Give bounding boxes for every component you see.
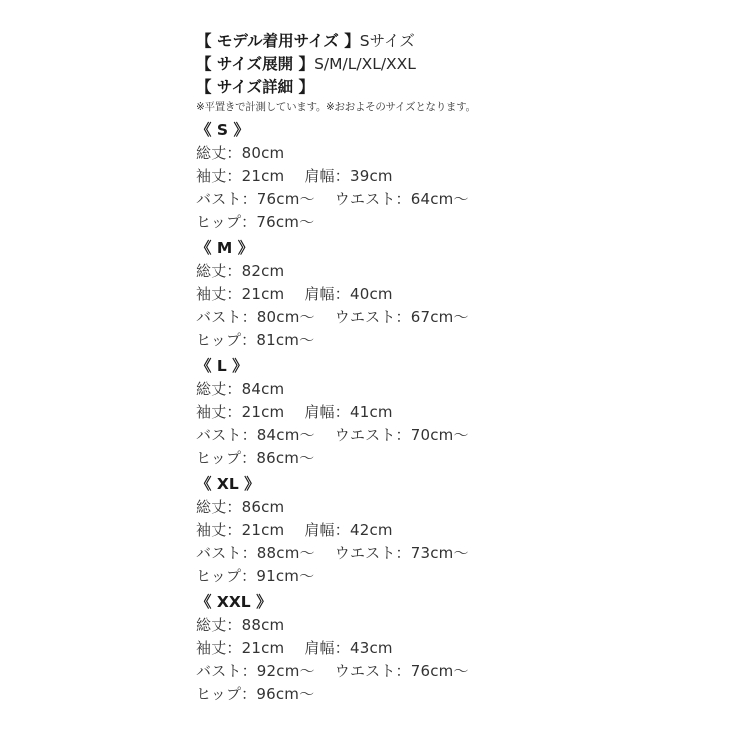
bust-waist-row: バスト：92cm〜ウエスト：76cm〜 <box>196 660 716 683</box>
sleeve-length: 袖丈：21cm <box>196 403 284 421</box>
hip-row: ヒップ：81cm〜 <box>196 329 716 352</box>
hip-row: ヒップ：86cm〜 <box>196 447 716 470</box>
waist: ウエスト：64cm〜 <box>335 190 469 208</box>
shoulder-width: 肩幅：42cm <box>304 521 392 539</box>
shoulder-width: 肩幅：41cm <box>304 403 392 421</box>
size-range-label: 【 サイズ展開 】 <box>196 55 314 73</box>
size-detail-label: 【 サイズ詳細 】 <box>196 78 314 96</box>
total-length-row: 総丈：80cm <box>196 142 716 165</box>
size-block-xxl: 《 XXL 》 総丈：88cm 袖丈：21cm肩幅：43cm バスト：92cm〜… <box>196 591 716 706</box>
hip-row: ヒップ：91cm〜 <box>196 565 716 588</box>
waist: ウエスト：67cm〜 <box>335 308 469 326</box>
sleeve-shoulder-row: 袖丈：21cm肩幅：39cm <box>196 165 716 188</box>
bust: バスト：88cm〜 <box>196 544 315 562</box>
model-size-label: 【 モデル着用サイズ 】 <box>196 32 360 50</box>
size-title: 《 M 》 <box>196 237 716 260</box>
sleeve-shoulder-row: 袖丈：21cm肩幅：41cm <box>196 401 716 424</box>
size-block-xl: 《 XL 》 総丈：86cm 袖丈：21cm肩幅：42cm バスト：88cm〜ウ… <box>196 473 716 588</box>
size-title: 《 L 》 <box>196 355 716 378</box>
bust: バスト：76cm〜 <box>196 190 315 208</box>
size-block-m: 《 M 》 総丈：82cm 袖丈：21cm肩幅：40cm バスト：80cm〜ウエ… <box>196 237 716 352</box>
waist: ウエスト：73cm〜 <box>335 544 469 562</box>
bust-waist-row: バスト：84cm〜ウエスト：70cm〜 <box>196 424 716 447</box>
size-range-line: 【 サイズ展開 】S/M/L/XL/XXL <box>196 53 716 76</box>
hip-row: ヒップ：76cm〜 <box>196 211 716 234</box>
bust-waist-row: バスト：76cm〜ウエスト：64cm〜 <box>196 188 716 211</box>
total-length-row: 総丈：88cm <box>196 614 716 637</box>
bust: バスト：84cm〜 <box>196 426 315 444</box>
sleeve-length: 袖丈：21cm <box>196 639 284 657</box>
sleeve-shoulder-row: 袖丈：21cm肩幅：43cm <box>196 637 716 660</box>
model-size-line: 【 モデル着用サイズ 】Sサイズ <box>196 30 716 53</box>
size-block-l: 《 L 》 総丈：84cm 袖丈：21cm肩幅：41cm バスト：84cm〜ウエ… <box>196 355 716 470</box>
total-length-row: 総丈：82cm <box>196 260 716 283</box>
bust-waist-row: バスト：80cm〜ウエスト：67cm〜 <box>196 306 716 329</box>
shoulder-width: 肩幅：40cm <box>304 285 392 303</box>
size-range-value: S/M/L/XL/XXL <box>314 55 416 73</box>
size-title: 《 XXL 》 <box>196 591 716 614</box>
size-block-s: 《 S 》 総丈：80cm 袖丈：21cm肩幅：39cm バスト：76cm〜ウエ… <box>196 119 716 234</box>
bust: バスト：92cm〜 <box>196 662 315 680</box>
shoulder-width: 肩幅：43cm <box>304 639 392 657</box>
shoulder-width: 肩幅：39cm <box>304 167 392 185</box>
size-title: 《 S 》 <box>196 119 716 142</box>
sleeve-shoulder-row: 袖丈：21cm肩幅：40cm <box>196 283 716 306</box>
model-size-value: Sサイズ <box>360 32 415 50</box>
waist: ウエスト：70cm〜 <box>335 426 469 444</box>
bust-waist-row: バスト：88cm〜ウエスト：73cm〜 <box>196 542 716 565</box>
measurement-note: ※平置きで計測しています。※おおよそのサイズとなります。 <box>196 99 716 116</box>
size-title: 《 XL 》 <box>196 473 716 496</box>
sleeve-length: 袖丈：21cm <box>196 285 284 303</box>
waist: ウエスト：76cm〜 <box>335 662 469 680</box>
hip-row: ヒップ：96cm〜 <box>196 683 716 706</box>
size-detail-line: 【 サイズ詳細 】 <box>196 76 716 99</box>
total-length-row: 総丈：86cm <box>196 496 716 519</box>
total-length-row: 総丈：84cm <box>196 378 716 401</box>
sleeve-shoulder-row: 袖丈：21cm肩幅：42cm <box>196 519 716 542</box>
size-chart-document: 【 モデル着用サイズ 】Sサイズ 【 サイズ展開 】S/M/L/XL/XXL 【… <box>196 30 716 706</box>
sleeve-length: 袖丈：21cm <box>196 521 284 539</box>
bust: バスト：80cm〜 <box>196 308 315 326</box>
sleeve-length: 袖丈：21cm <box>196 167 284 185</box>
